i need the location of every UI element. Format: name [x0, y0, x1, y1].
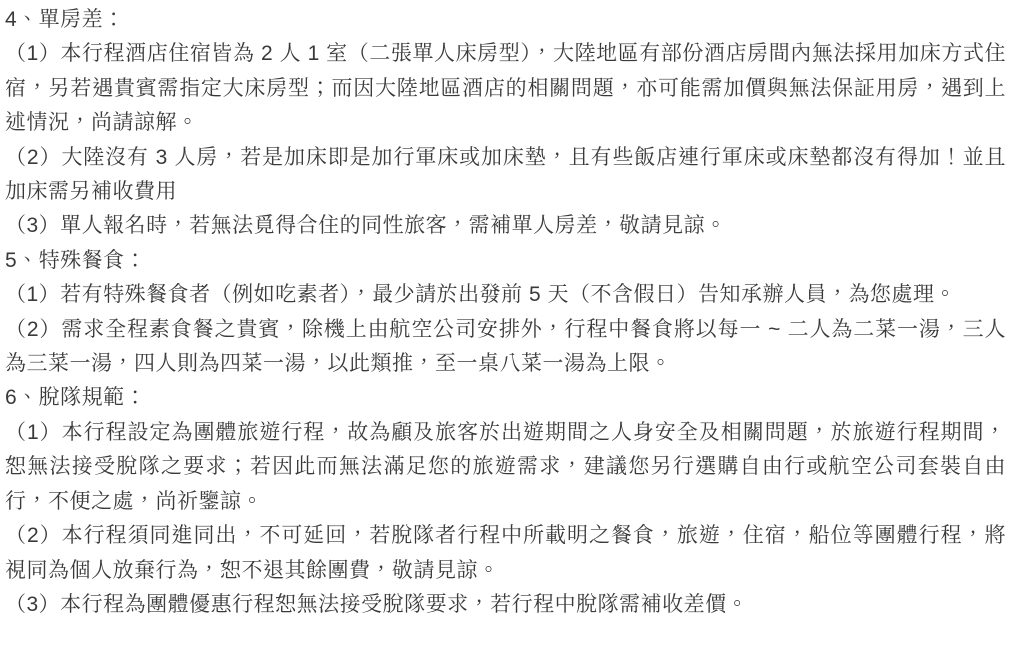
section-special-meals: 5、特殊餐食： （1）若有特殊餐食者（例如吃素者），最少請於出發前 5 天（不含…: [5, 244, 1006, 382]
travel-terms-document: 4、單房差： （1）本行程酒店住宿皆為 2 人 1 室（二張單人床房型），大陸地…: [0, 0, 1010, 655]
clause-text: （3）單人報名時，若無法覓得合住的同性旅客，需補單人房差，敬請見諒。: [5, 209, 1006, 243]
clause-text: （1）若有特殊餐食者（例如吃素者），最少請於出發前 5 天（不含假日）告知承辦人…: [5, 278, 1006, 312]
section-single-room-supplement: 4、單房差： （1）本行程酒店住宿皆為 2 人 1 室（二張單人床房型），大陸地…: [5, 3, 1006, 244]
clause-text: （1）本行程酒店住宿皆為 2 人 1 室（二張單人床房型），大陸地區有部份酒店房…: [5, 37, 1006, 140]
section-heading: 6、脫隊規範：: [5, 381, 1006, 415]
clause-text: （3）本行程為團體優惠行程恕無法接受脫隊要求，若行程中脫隊需補收差價。: [5, 588, 1006, 622]
clause-text: （2）需求全程素食餐之貴賓，除機上由航空公司安排外，行程中餐食將以每一 ~ 二人…: [5, 313, 1006, 382]
section-leaving-group-rules: 6、脫隊規範： （1）本行程設定為團體旅遊行程，故為顧及旅客於出遊期間之人身安全…: [5, 381, 1006, 622]
clause-text: （2）本行程須同進同出，不可延回，若脫隊者行程中所載明之餐食，旅遊，住宿，船位等…: [5, 519, 1006, 588]
clause-text: （2）大陸沒有 3 人房，若是加床即是加行軍床或加床墊，且有些飯店連行軍床或床墊…: [5, 141, 1006, 210]
section-heading: 5、特殊餐食：: [5, 244, 1006, 278]
clause-text: （1）本行程設定為團體旅遊行程，故為顧及旅客於出遊期間之人身安全及相關問題，於旅…: [5, 416, 1006, 519]
section-heading: 4、單房差：: [5, 3, 1006, 37]
